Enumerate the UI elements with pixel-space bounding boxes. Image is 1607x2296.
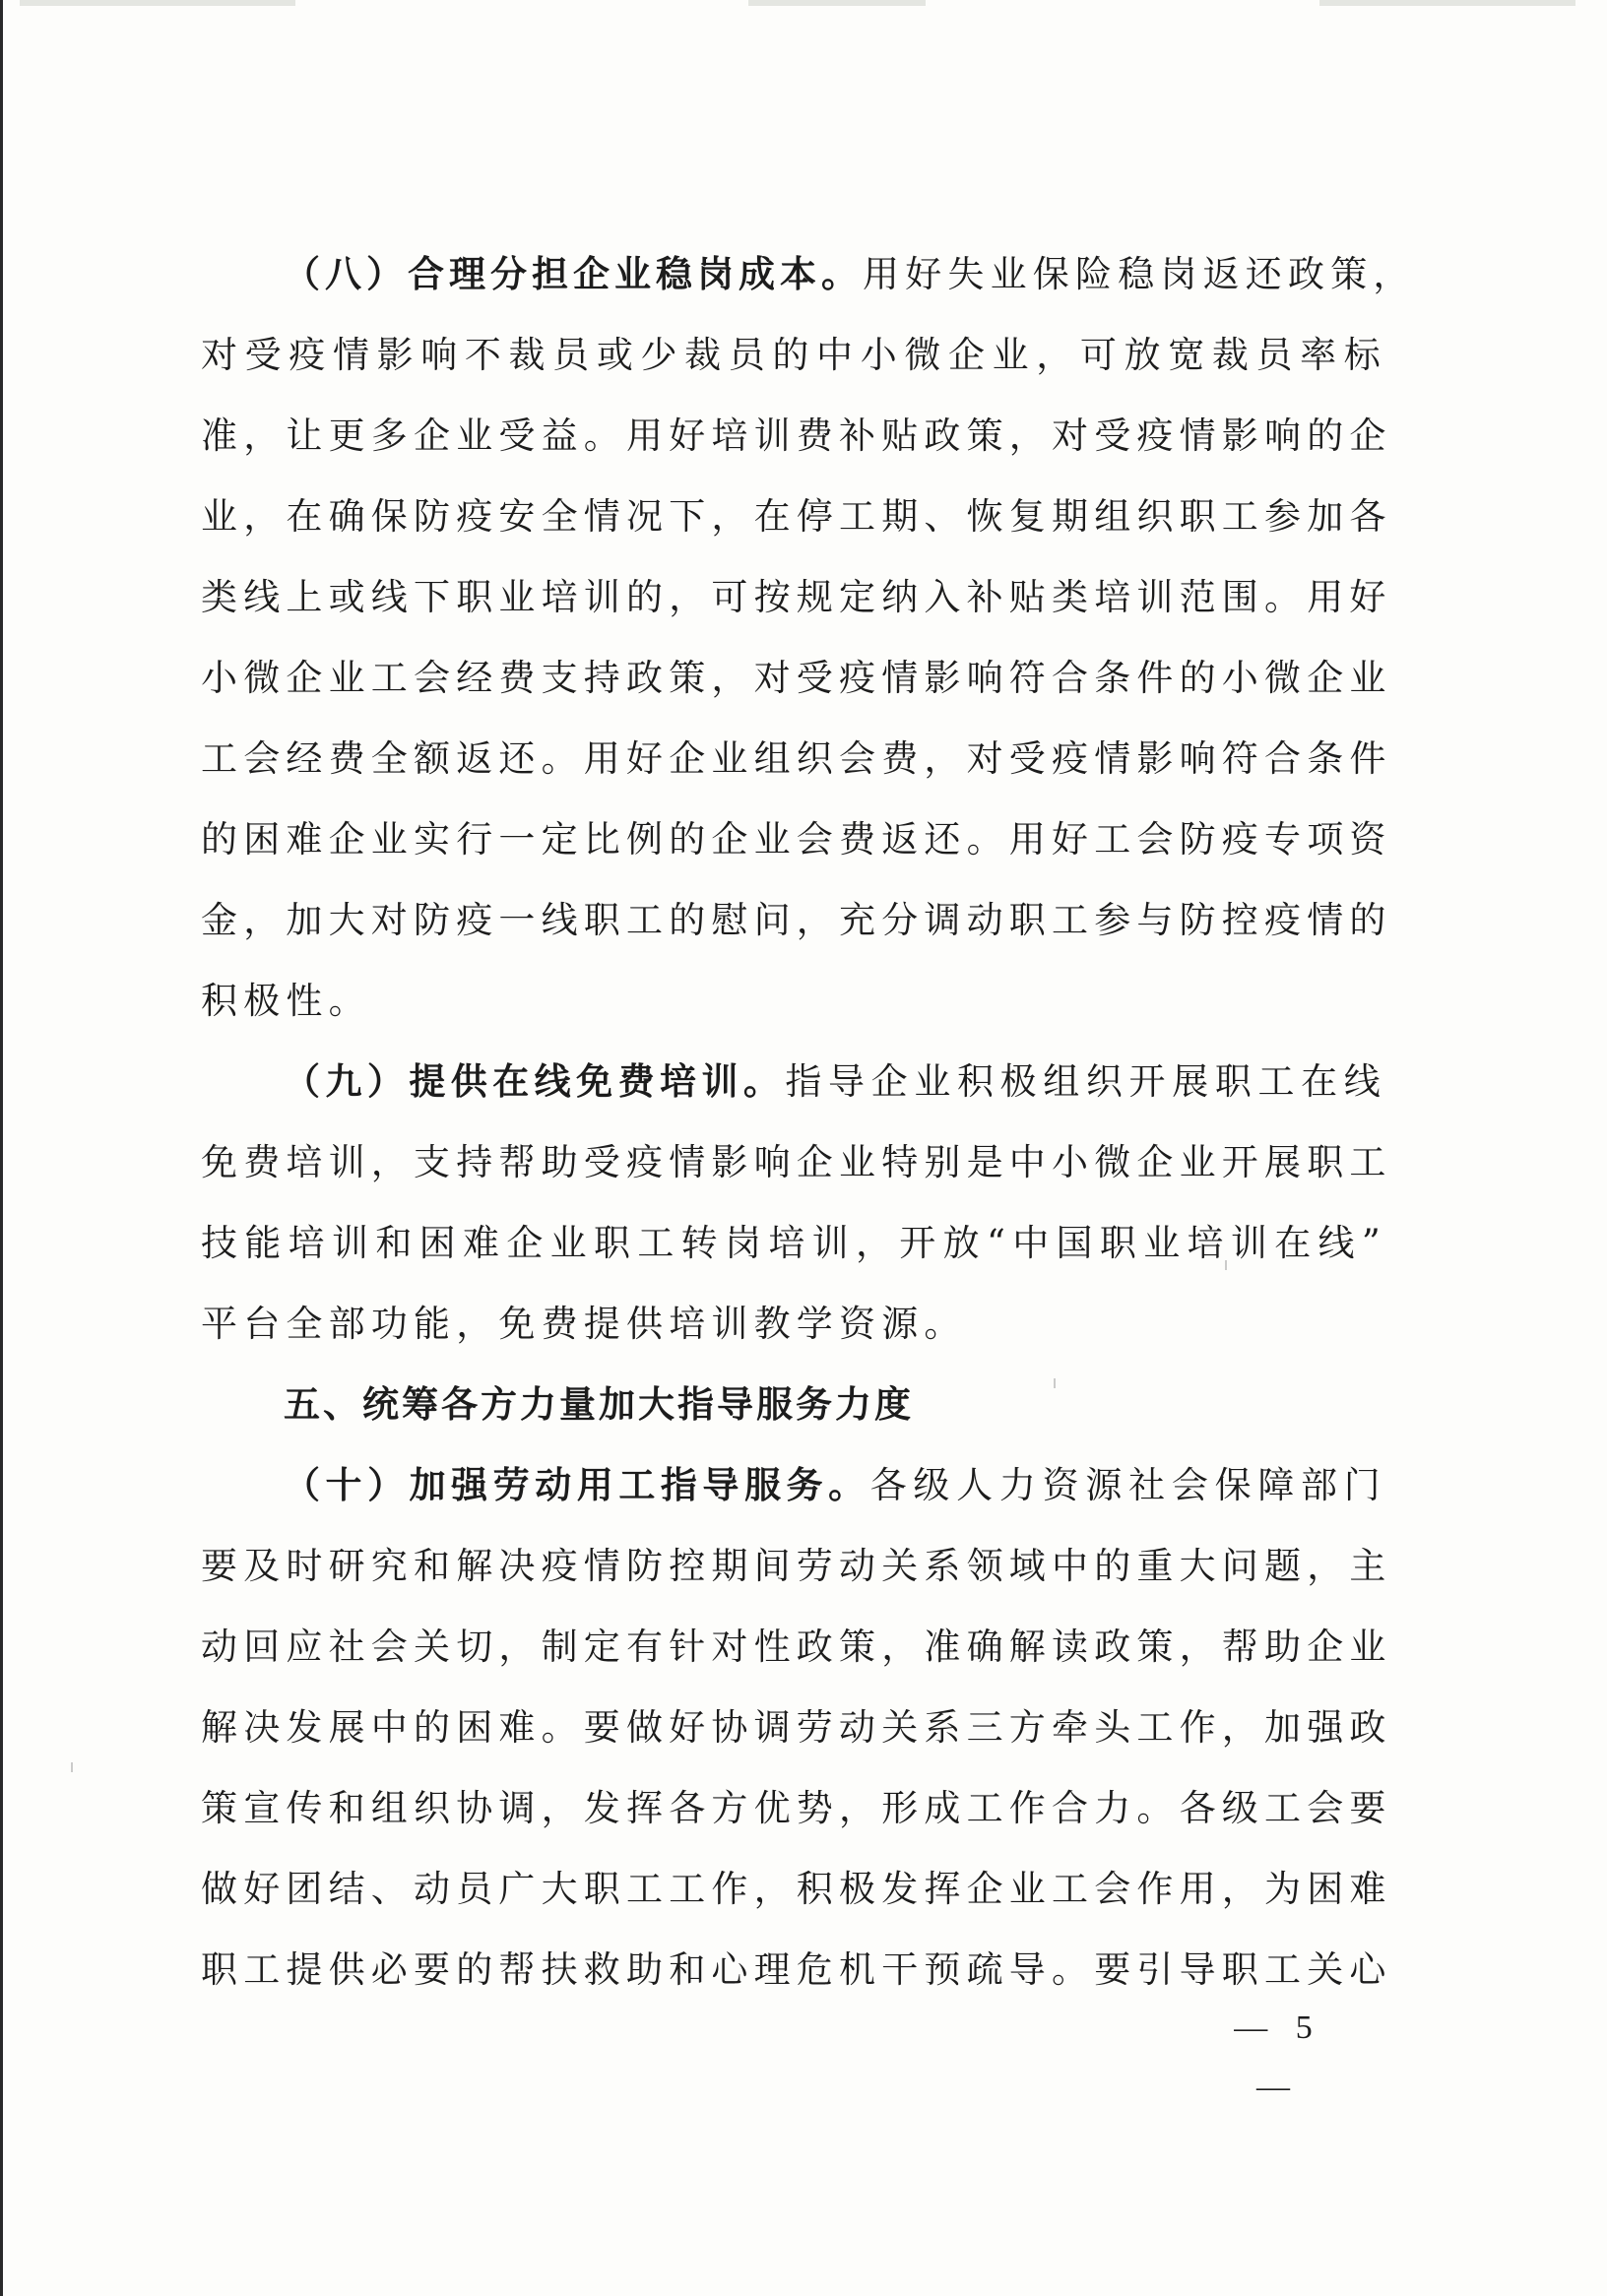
paragraph-9-line-4: 平台全部功能，免费提供培训教学资源。 [201,1284,1386,1365]
paragraph-8-line-3: 准，让更多企业受益。用好培训费补贴政策，对受疫情影响的企 [201,396,1386,477]
paragraph-10-line-6: 做好团结、动员广大职工工作，积极发挥企业工会作用，为困难 [201,1849,1386,1930]
scan-speck [1225,1260,1227,1270]
paragraph-10-line-5: 策宣传和组织协调，发挥各方优势，形成工作合力。各级工会要 [201,1768,1386,1849]
paragraph-8-line-2: 对受疫情影响不裁员或少裁员的中小微企业，可放宽裁员率标 [201,315,1386,396]
paragraph-8-line-4: 业，在确保防疫安全情况下，在停工期、恢复期组织职工参加各 [201,477,1386,557]
paragraph-10-lead: （十）加强劳动用工指导服务。 [284,1464,870,1506]
scan-speck [71,1762,73,1772]
paragraph-8-line-7: 工会经费全额返还。用好企业组织会费，对受疫情影响符合条件 [201,719,1386,799]
paragraph-9-line-2: 免费培训，支持帮助受疫情影响企业特别是中小微企业开展职工 [201,1122,1386,1203]
paragraph-8-line-1: （八）合理分担企业稳岗成本。用好失业保险稳岗返还政策， [201,234,1386,315]
paragraph-10-line-7: 职工提供必要的帮扶救助和心理危机干预疏导。要引导职工关心 [201,1930,1386,2010]
paragraph-8-line-6: 小微企业工会经费支持政策，对受疫情影响符合条件的小微企业 [201,638,1386,719]
paragraph-8-line-9: 金，加大对防疫一线职工的慰问，充分调动职工参与防控疫情的 [201,880,1386,961]
paragraph-8-line-8: 的困难企业实行一定比例的企业会费返还。用好工会防疫专项资 [201,799,1386,880]
paragraph-9-line-1: （九）提供在线免费培训。指导企业积极组织开展职工在线 [201,1042,1386,1122]
section-heading: 五、统筹各方力量加大指导服务力度 [201,1365,1386,1445]
paragraph-10-line-2: 要及时研究和解决疫情防控期间劳动关系领域中的重大问题，主 [201,1526,1386,1607]
document-body: （八）合理分担企业稳岗成本。用好失业保险稳岗返还政策， 对受疫情影响不裁员或少裁… [201,234,1386,2010]
scan-artifact [20,0,295,6]
scan-artifact [748,0,926,6]
paragraph-10-line-1: （十）加强劳动用工指导服务。各级人力资源社会保障部门 [201,1445,1386,1526]
page-number: — 5 — [1213,1999,1343,2058]
paragraph-9-lead: （九）提供在线免费培训。 [284,1060,785,1103]
paragraph-10-line-4: 解决发展中的困难。要做好协调劳动关系三方牵头工作，加强政 [201,1688,1386,1768]
scan-artifact [1319,0,1575,6]
paragraph-8-lead: （八）合理分担企业稳岗成本。 [284,253,863,295]
scan-speck [1054,1378,1056,1388]
paragraph-9-line-3: 技能培训和困难企业职工转岗培训，开放“中国职业培训在线” [201,1203,1386,1284]
paragraph-8-line-5: 类线上或线下职业培训的，可按规定纳入补贴类培训范围。用好 [201,557,1386,638]
paragraph-10-line-3: 动回应社会关切，制定有针对性政策，准确解读政策，帮助企业 [201,1607,1386,1688]
paragraph-8-line-10: 积极性。 [201,961,1386,1042]
scan-edge [0,0,3,2296]
